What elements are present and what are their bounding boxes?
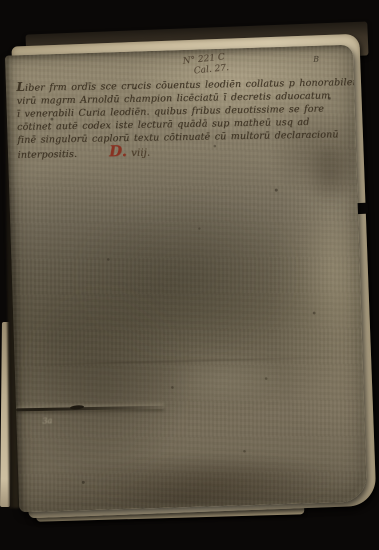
inscription-line-end: interpositis. [17,148,77,162]
ex-libris-inscription: Liber frm ordīs sce crucis cōuentus leod… [16,75,351,162]
ink-specks [5,56,7,58]
corner-mark: B [313,55,319,64]
red-pressmark-initial: D. [109,145,127,158]
faint-chalk-mark: 3a [42,416,52,426]
pressmark-numeral: viij. [131,147,150,160]
parchment-page: N° 221 C Cal. 27. B Liber frm ordīs sce … [5,45,367,513]
manuscript-photo: N° 221 C Cal. 27. B Liber frm ordīs sce … [0,0,379,550]
shelfmark: N° 221 C Cal. 27. [182,52,229,78]
